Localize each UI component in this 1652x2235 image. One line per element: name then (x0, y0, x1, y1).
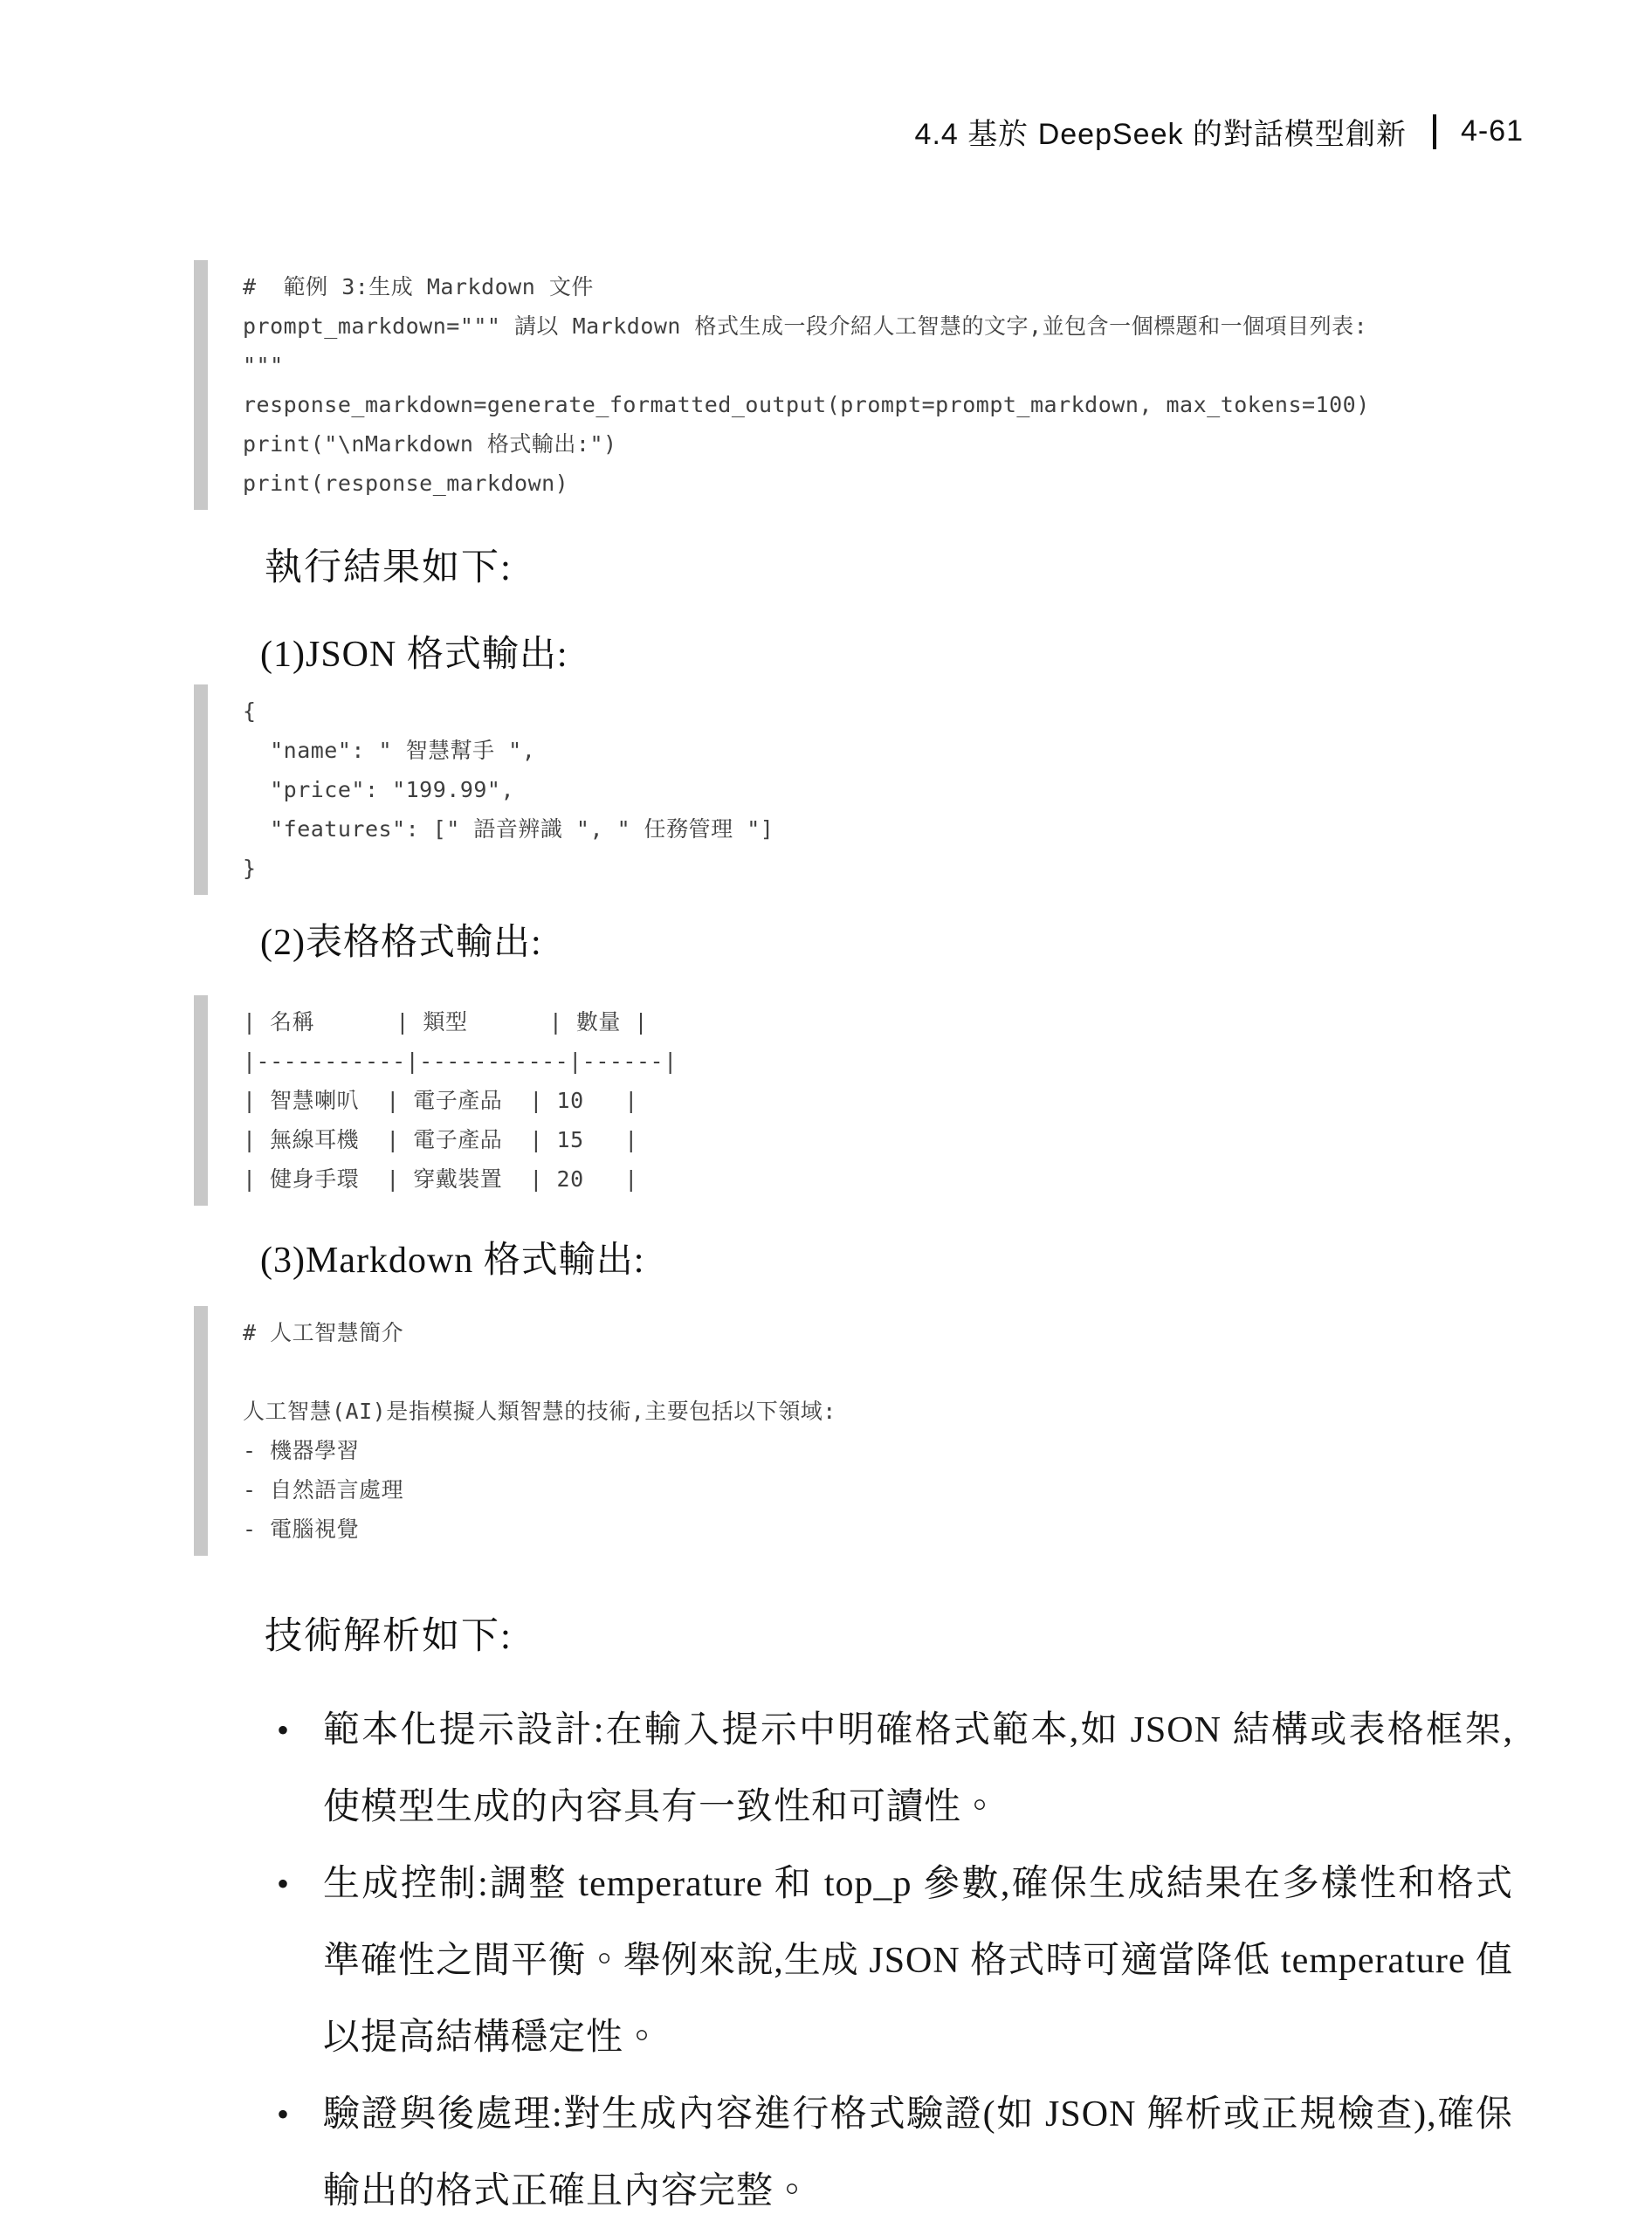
page-number: 4-61 (1461, 114, 1524, 148)
code-block-json-output: { "name": " 智慧幫手 ", "price": "199.99", "… (194, 684, 774, 895)
page-header: 4.4 基於 DeepSeek 的對話模型創新 4-61 (915, 110, 1524, 153)
bullet-item-generation-control: 生成控制:調整 temperature 和 top_p 參數,確保生成結果在多樣… (273, 1846, 1513, 2076)
heading-json-output: (1)JSON 格式輸出: (260, 625, 568, 677)
bullet-item-template-prompt: 範本化提示設計:在輸入提示中明確格式範本,如 JSON 結構或表格框架,使模型生… (273, 1692, 1513, 1846)
analysis-bullet-list: 範本化提示設計:在輸入提示中明確格式範本,如 JSON 結構或表格框架,使模型生… (273, 1692, 1513, 2230)
code-block-markdown-output: # 人工智慧簡介 人工智慧(AI)是指模擬人類智慧的技術,主要包括以下領域: -… (194, 1306, 836, 1556)
heading-markdown-output: (3)Markdown 格式輸出: (260, 1231, 644, 1283)
section-title: 4.4 基於 DeepSeek 的對話模型創新 (915, 110, 1407, 153)
bullet-item-validation-postprocess: 驗證與後處理:對生成內容進行格式驗證(如 JSON 解析或正規檢查),確保輸出的… (273, 2076, 1513, 2230)
heading-tech-analysis: 技術解析如下: (265, 1606, 513, 1660)
code-block-example3: # 範例 3:生成 Markdown 文件 prompt_markdown=""… (194, 260, 1370, 510)
header-divider (1433, 114, 1436, 149)
code-block-table-output: | 名稱 | 類型 | 數量 | |-----------|----------… (194, 995, 678, 1206)
book-page: 4.4 基於 DeepSeek 的對話模型創新 4-61 # 範例 3:生成 M… (0, 0, 1652, 2235)
heading-execution-result: 執行結果如下: (265, 538, 513, 591)
heading-table-output: (2)表格格式輸出: (260, 913, 542, 966)
